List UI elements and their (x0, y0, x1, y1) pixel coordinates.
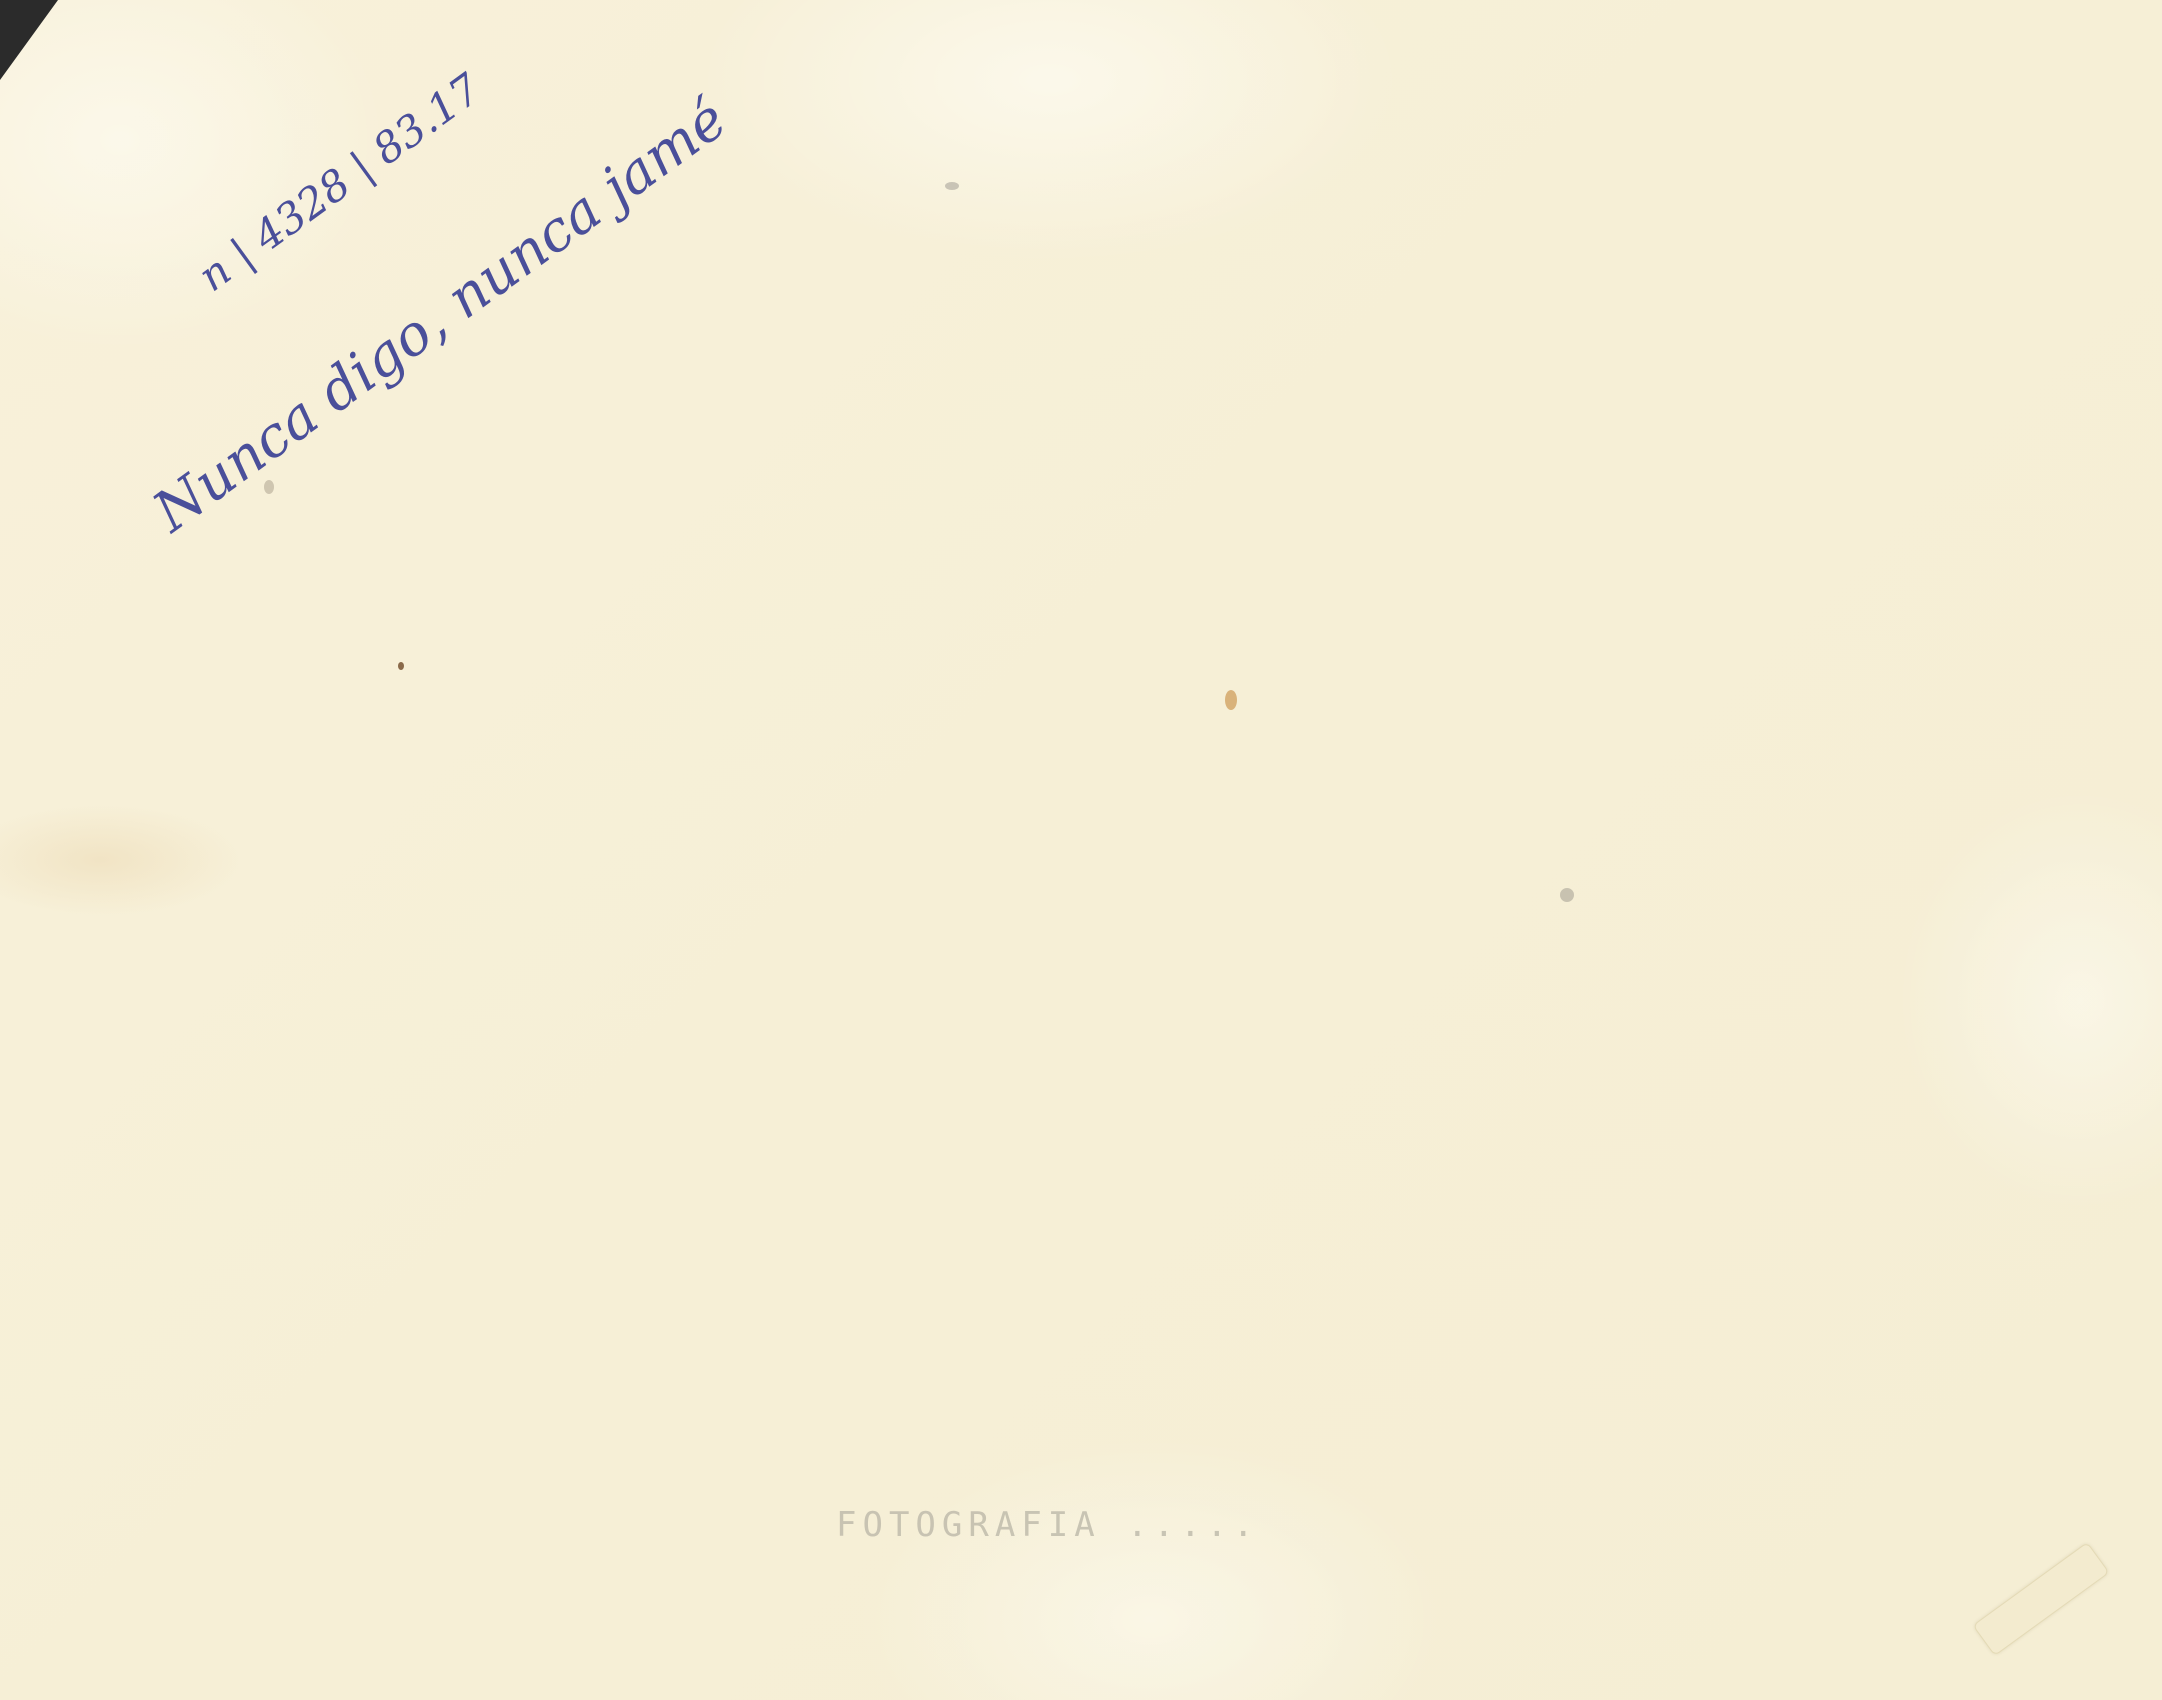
stain-spot (398, 662, 404, 670)
tape-strip (1972, 1542, 2109, 1656)
stain-spot (264, 480, 274, 494)
handwritten-reference-number: n | 4328 | 83.17 (189, 64, 490, 301)
stain-spot (1225, 690, 1237, 710)
stain-spot (945, 182, 959, 190)
stain-spot (1560, 888, 1574, 902)
handwritten-note: Nunca digo, nunca jamé (142, 87, 739, 545)
photo-back-page: n | 4328 | 83.17 Nunca digo, nunca jamé … (0, 0, 2162, 1700)
dark-corner (0, 0, 58, 80)
faded-stamp: FOTOGRAFIA ..... (836, 1505, 1260, 1545)
